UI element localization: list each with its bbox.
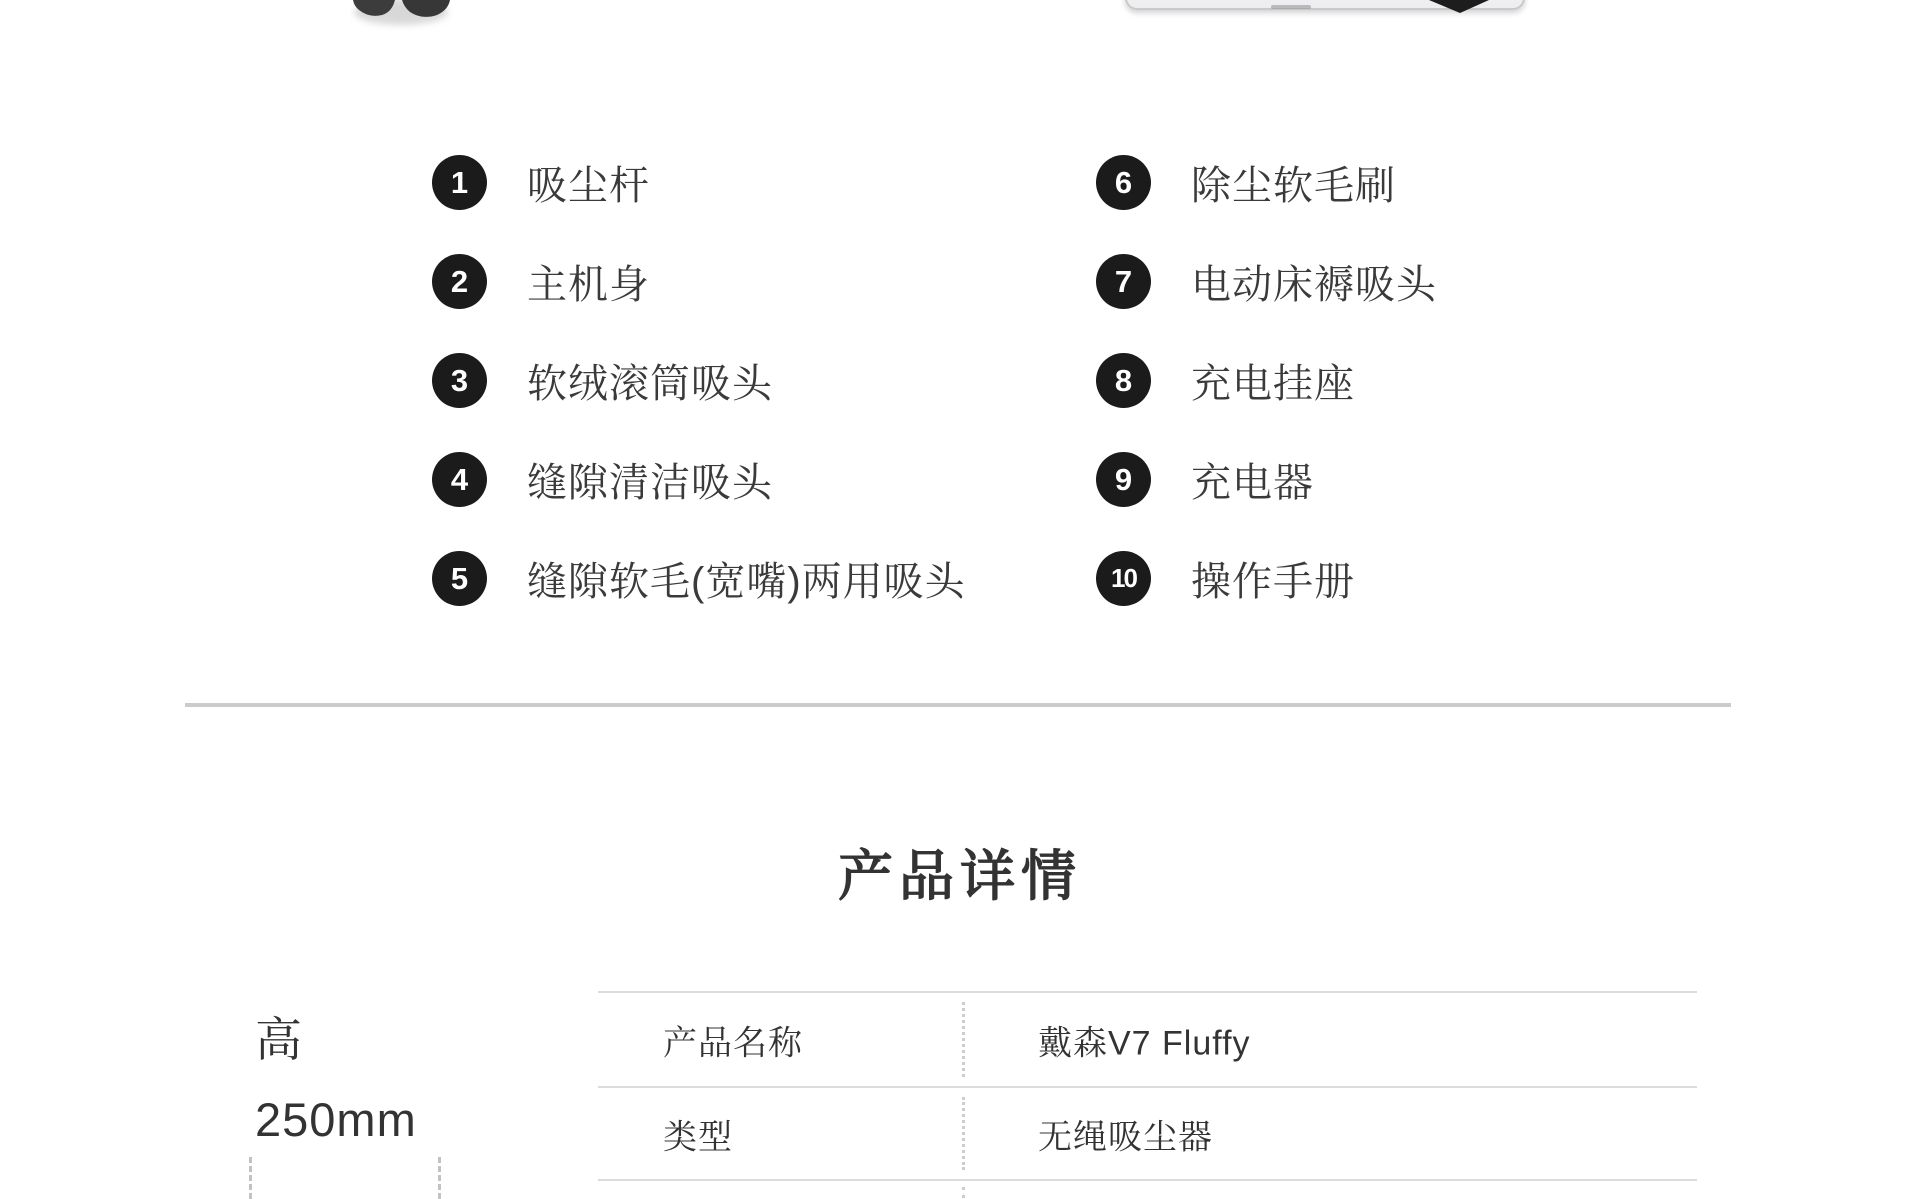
height-dimension-label: 高 250mm [255,1000,417,1160]
parts-list-item: 2 主机身 [432,232,966,331]
parts-list-item: 6 除尘软毛刷 [1096,133,1437,232]
item-label: 电动床褥吸头 [1191,253,1437,310]
item-number-badge: 5 [432,551,487,606]
item-label: 操作手册 [1191,550,1355,607]
parts-list-item: 9 充电器 [1096,430,1437,529]
dimension-axis-label: 高 [255,1000,417,1080]
parts-list-left: 1 吸尘杆 2 主机身 3 软绒滚筒吸头 4 缝隙清洁吸头 5 缝隙软毛(宽嘴)… [432,133,966,628]
item-number-badge: 2 [432,254,487,309]
column-separator [962,1187,965,1198]
parts-list-item: 1 吸尘杆 [432,133,966,232]
parts-list-item: 5 缝隙软毛(宽嘴)两用吸头 [432,529,966,628]
item-label: 充电挂座 [1191,352,1355,409]
section-divider [185,703,1731,707]
dimension-value: 250mm [255,1080,417,1160]
column-separator [962,1002,965,1077]
box-image-detail [1271,5,1311,9]
parts-list-right: 6 除尘软毛刷 7 电动床褥吸头 8 充电挂座 9 充电器 10 操作手册 [1096,133,1437,628]
item-number-badge: 10 [1096,551,1151,606]
item-number-badge: 4 [432,452,487,507]
chevron-detail-icon [1429,0,1489,13]
item-label: 缝隙软毛(宽嘴)两用吸头 [527,550,966,607]
parts-list-item: 3 软绒滚筒吸头 [432,331,966,430]
spec-label: 产品名称 [663,1015,803,1064]
item-number-badge: 1 [432,155,487,210]
section-title: 产品详情 [187,832,1733,911]
item-number-badge: 3 [432,353,487,408]
parts-list-item: 8 充电挂座 [1096,331,1437,430]
parts-list-item: 10 操作手册 [1096,529,1437,628]
dimension-guide-line [249,1157,252,1199]
parts-list-item: 7 电动床褥吸头 [1096,232,1437,331]
column-separator [962,1097,965,1170]
item-label: 主机身 [527,253,650,310]
item-label: 除尘软毛刷 [1191,154,1396,211]
table-row: 产品名称 戴森V7 Fluffy [598,991,1697,1086]
item-number-badge: 9 [1096,452,1151,507]
spec-label: 类型 [663,1109,733,1158]
table-row: 类型 无绳吸尘器 [598,1086,1697,1179]
item-number-badge: 8 [1096,353,1151,408]
spec-value: 戴森V7 Fluffy [1038,1015,1251,1064]
item-label: 充电器 [1191,451,1314,508]
spec-value: 无绳吸尘器 [1038,1109,1213,1158]
spec-table: 产品名称 戴森V7 Fluffy 类型 无绳吸尘器 [598,991,1697,1198]
item-label: 吸尘杆 [527,154,650,211]
parts-list-item: 4 缝隙清洁吸头 [432,430,966,529]
item-number-badge: 7 [1096,254,1151,309]
tool-image-cutoff [350,0,454,38]
item-number-badge: 6 [1096,155,1151,210]
dimension-guide-line [438,1157,441,1199]
table-row-cutoff [598,1179,1697,1198]
product-detail-page: 1 吸尘杆 2 主机身 3 软绒滚筒吸头 4 缝隙清洁吸头 5 缝隙软毛(宽嘴)… [0,0,1920,1199]
item-label: 缝隙清洁吸头 [527,451,773,508]
item-label: 软绒滚筒吸头 [527,352,773,409]
